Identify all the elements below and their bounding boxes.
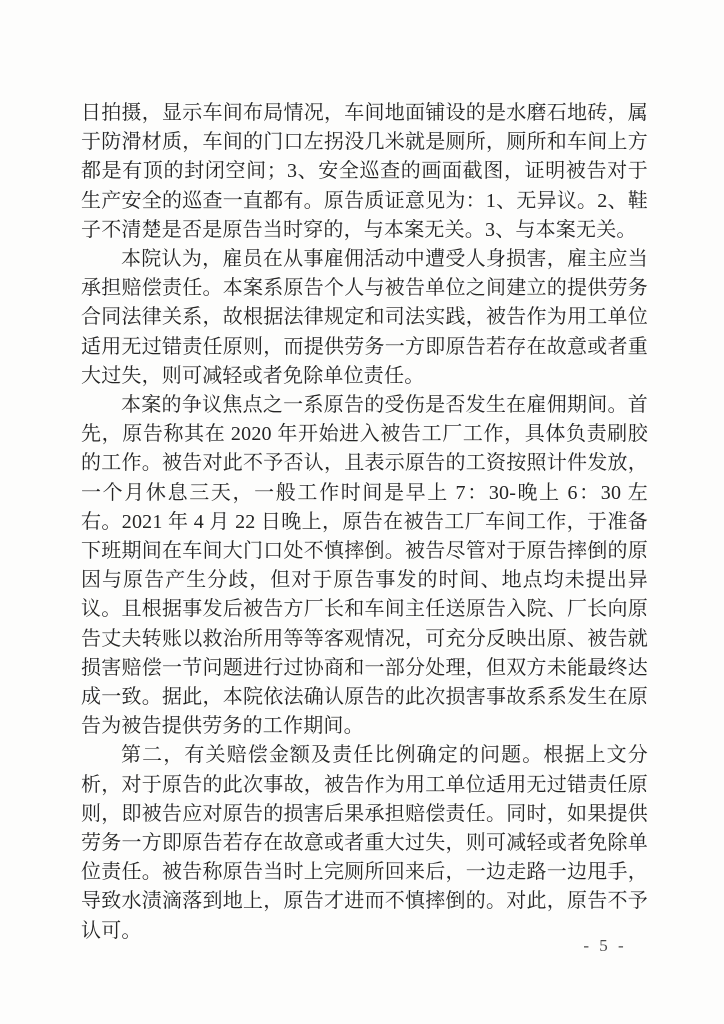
paragraph-compensation-liability: 第二，有关赔偿金额及责任比例确定的问题。根据上文分析，对于原告的此次事故，被告作… [81, 741, 648, 945]
document-page: 日拍摄，显示车间布局情况，车间地面铺设的是水磨石地砖，属于防滑材质，车间的门口左… [0, 0, 724, 1024]
paragraph-dispute-focus-employment-period: 本案的争议焦点之一系原告的受伤是否发生在雇佣期间。首先，原告称其在 2020 年… [81, 391, 648, 741]
page-number: - 5 - [540, 936, 670, 956]
paragraph-court-opinion: 本院认为，雇员在从事雇佣活动中遭受人身损害，雇主应当承担赔偿责任。本案系原告个人… [81, 245, 648, 391]
judgment-body-text: 日拍摄，显示车间布局情况，车间地面铺设的是水磨石地砖，属于防滑材质，车间的门口左… [81, 99, 648, 946]
paragraph-evidence-cross-examination: 日拍摄，显示车间布局情况，车间地面铺设的是水磨石地砖，属于防滑材质，车间的门口左… [81, 99, 648, 245]
